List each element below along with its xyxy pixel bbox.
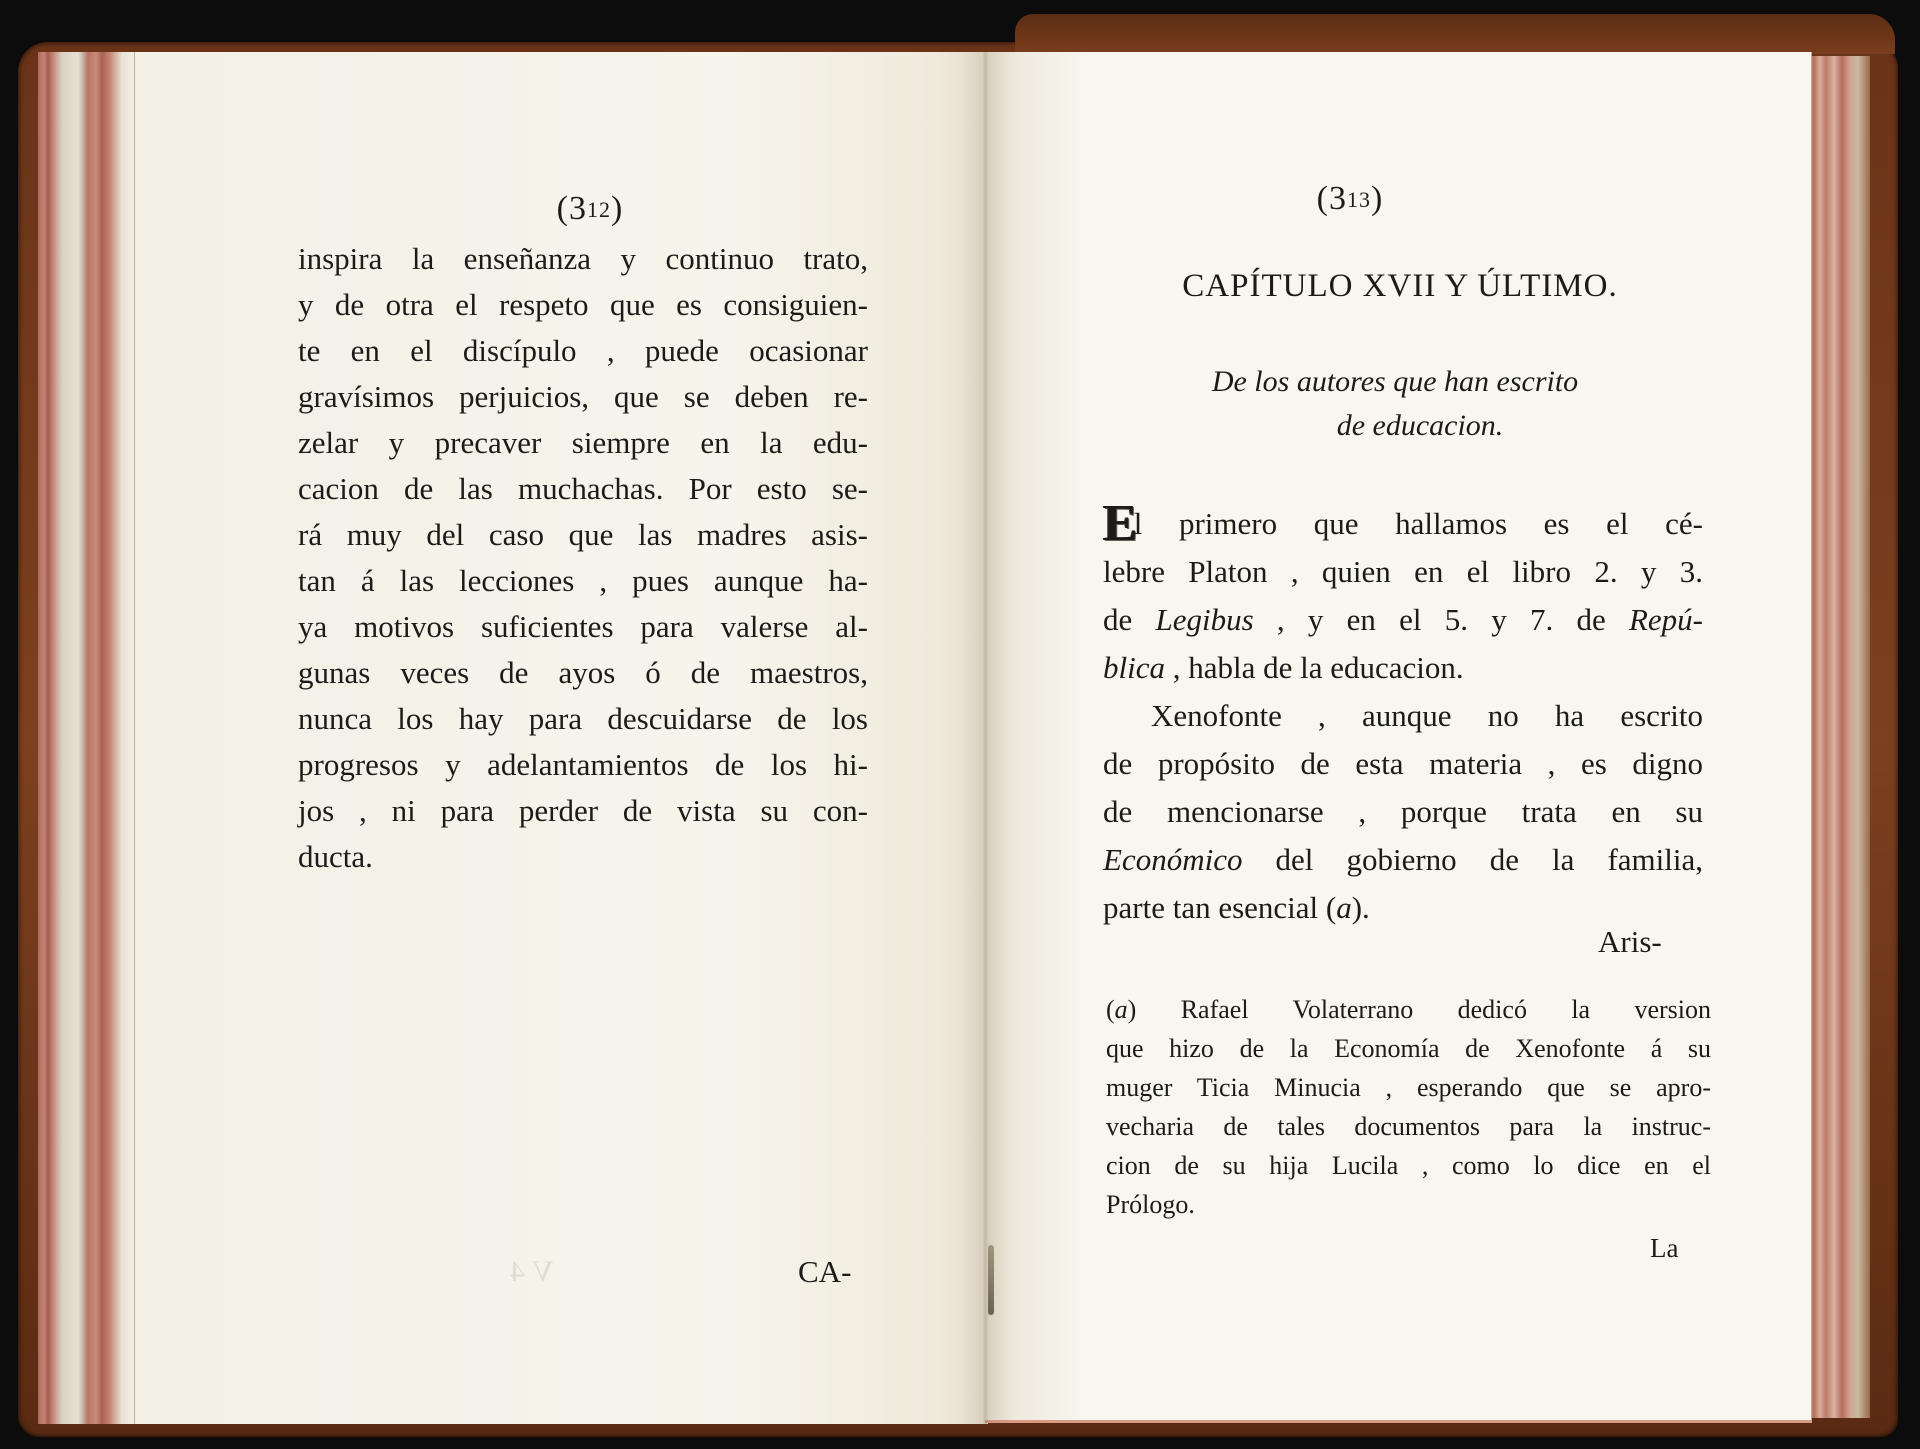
italic-title: Económico — [1103, 842, 1242, 877]
footnote-line: muger Ticia Minucia , esperando que se a… — [1106, 1068, 1711, 1107]
body-line: gunas veces de ayos ó de maestros, — [298, 650, 868, 696]
body-line: tan á las lecciones , pues aunque ha- — [298, 558, 868, 604]
left-catchword: CA- — [798, 1254, 851, 1290]
right-catchword-main: Aris- — [1598, 924, 1662, 960]
footnote-line: Prólogo. — [1106, 1185, 1711, 1224]
folio-close: ) — [1371, 180, 1383, 217]
chapter-title: CAPÍTULO XVII Y ÚLTIMO. — [1140, 268, 1660, 305]
line-text: , y en el 5. y 7. de — [1254, 602, 1629, 637]
line-text: Rafael Volaterrano dedicó la version — [1136, 995, 1711, 1024]
footnote-marker: (a) — [1106, 995, 1136, 1024]
chapter-subtitle: De los autores que han escrito de educac… — [1140, 360, 1660, 448]
body-line: ducta. — [298, 834, 868, 880]
body-line: El primero que hallamos es el cé- — [1103, 500, 1703, 548]
footnote-line: cion de su hija Lucila , como lo dice en… — [1106, 1146, 1711, 1185]
italic-title: blica — [1103, 650, 1165, 685]
left-page-body: inspira la enseñanza y continuo trato, y… — [298, 236, 868, 880]
body-line: de mencionarse , porque trata en su — [1103, 788, 1703, 836]
footnote-line: vecharia de tales documentos para la ins… — [1106, 1107, 1711, 1146]
paren: ( — [1106, 995, 1115, 1024]
book-cover-top-edge — [1015, 14, 1895, 54]
italic-title: Repú- — [1629, 602, 1703, 637]
italic-title: Legibus — [1156, 602, 1254, 637]
body-line: rá muy del caso que las madres asis- — [298, 512, 868, 558]
footnote-ref: a — [1336, 890, 1352, 925]
body-line: de propósito de esta materia , es digno — [1103, 740, 1703, 788]
body-line: Xenofonte , aunque no ha escrito — [1103, 692, 1703, 740]
left-page-edges — [38, 52, 138, 1424]
body-line: blica , habla de la educacion. — [1103, 644, 1703, 692]
folio-digits: 12 — [587, 197, 611, 222]
subtitle-line: De los autores que han escrito — [1140, 360, 1660, 404]
line-text: parte tan esencial ( — [1103, 890, 1336, 925]
folio-digits: 13 — [1347, 187, 1371, 212]
body-line: inspira la enseñanza y continuo trato, — [298, 236, 868, 282]
folio-close: ) — [611, 190, 623, 227]
right-page-number: (313) — [1300, 180, 1400, 218]
footnote-line: (a) Rafael Volaterrano dedicó la version — [1106, 990, 1711, 1029]
body-line: progresos y adelantamientos de los hi- — [298, 742, 868, 788]
drop-cap: E — [1103, 495, 1134, 552]
body-line: y de otra el respeto que es consiguien- — [298, 282, 868, 328]
body-line: zelar y precaver siempre en la edu- — [298, 420, 868, 466]
subtitle-line: de educacion. — [1140, 404, 1660, 448]
marker-letter: a — [1115, 995, 1128, 1024]
left-page-number: (312) — [540, 190, 640, 228]
right-catchword: La — [1650, 1233, 1678, 1264]
body-line: de Legibus , y en el 5. y 7. de Repú- — [1103, 596, 1703, 644]
line-text: ). — [1352, 890, 1370, 925]
line-text: l primero que hallamos es el cé- — [1134, 506, 1703, 541]
line-text: , habla de la educacion. — [1165, 650, 1464, 685]
line-text: del gobierno de la familia, — [1242, 842, 1703, 877]
right-page-body: El primero que hallamos es el cé- lebre … — [1103, 500, 1703, 932]
line-text: de — [1103, 602, 1156, 637]
body-line: gravísimos perjuicios, que se deben re- — [298, 374, 868, 420]
body-line: cacion de las muchachas. Por esto se- — [298, 466, 868, 512]
footnote: (a) Rafael Volaterrano dedicó la version… — [1106, 990, 1711, 1224]
body-line: Económico del gobierno de la familia, — [1103, 836, 1703, 884]
body-line: lebre Platon , quien en el libro 2. y 3. — [1103, 548, 1703, 596]
binding-thread — [988, 1245, 994, 1315]
folio-open: (3 — [1317, 180, 1347, 217]
body-line: ya motivos suficientes para valerse al- — [298, 604, 868, 650]
body-line: nunca los hay para descuidarse de los — [298, 696, 868, 742]
right-page-edges — [1808, 56, 1870, 1418]
folio-open: (3 — [557, 190, 587, 227]
footnote-line: que hizo de la Economía de Xenofonte á s… — [1106, 1029, 1711, 1068]
body-line: te en el discípulo , puede ocasionar — [298, 328, 868, 374]
signature-mark-bleedthrough: V 4 — [510, 1255, 554, 1289]
body-line: jos , ni para perder de vista su con- — [298, 788, 868, 834]
